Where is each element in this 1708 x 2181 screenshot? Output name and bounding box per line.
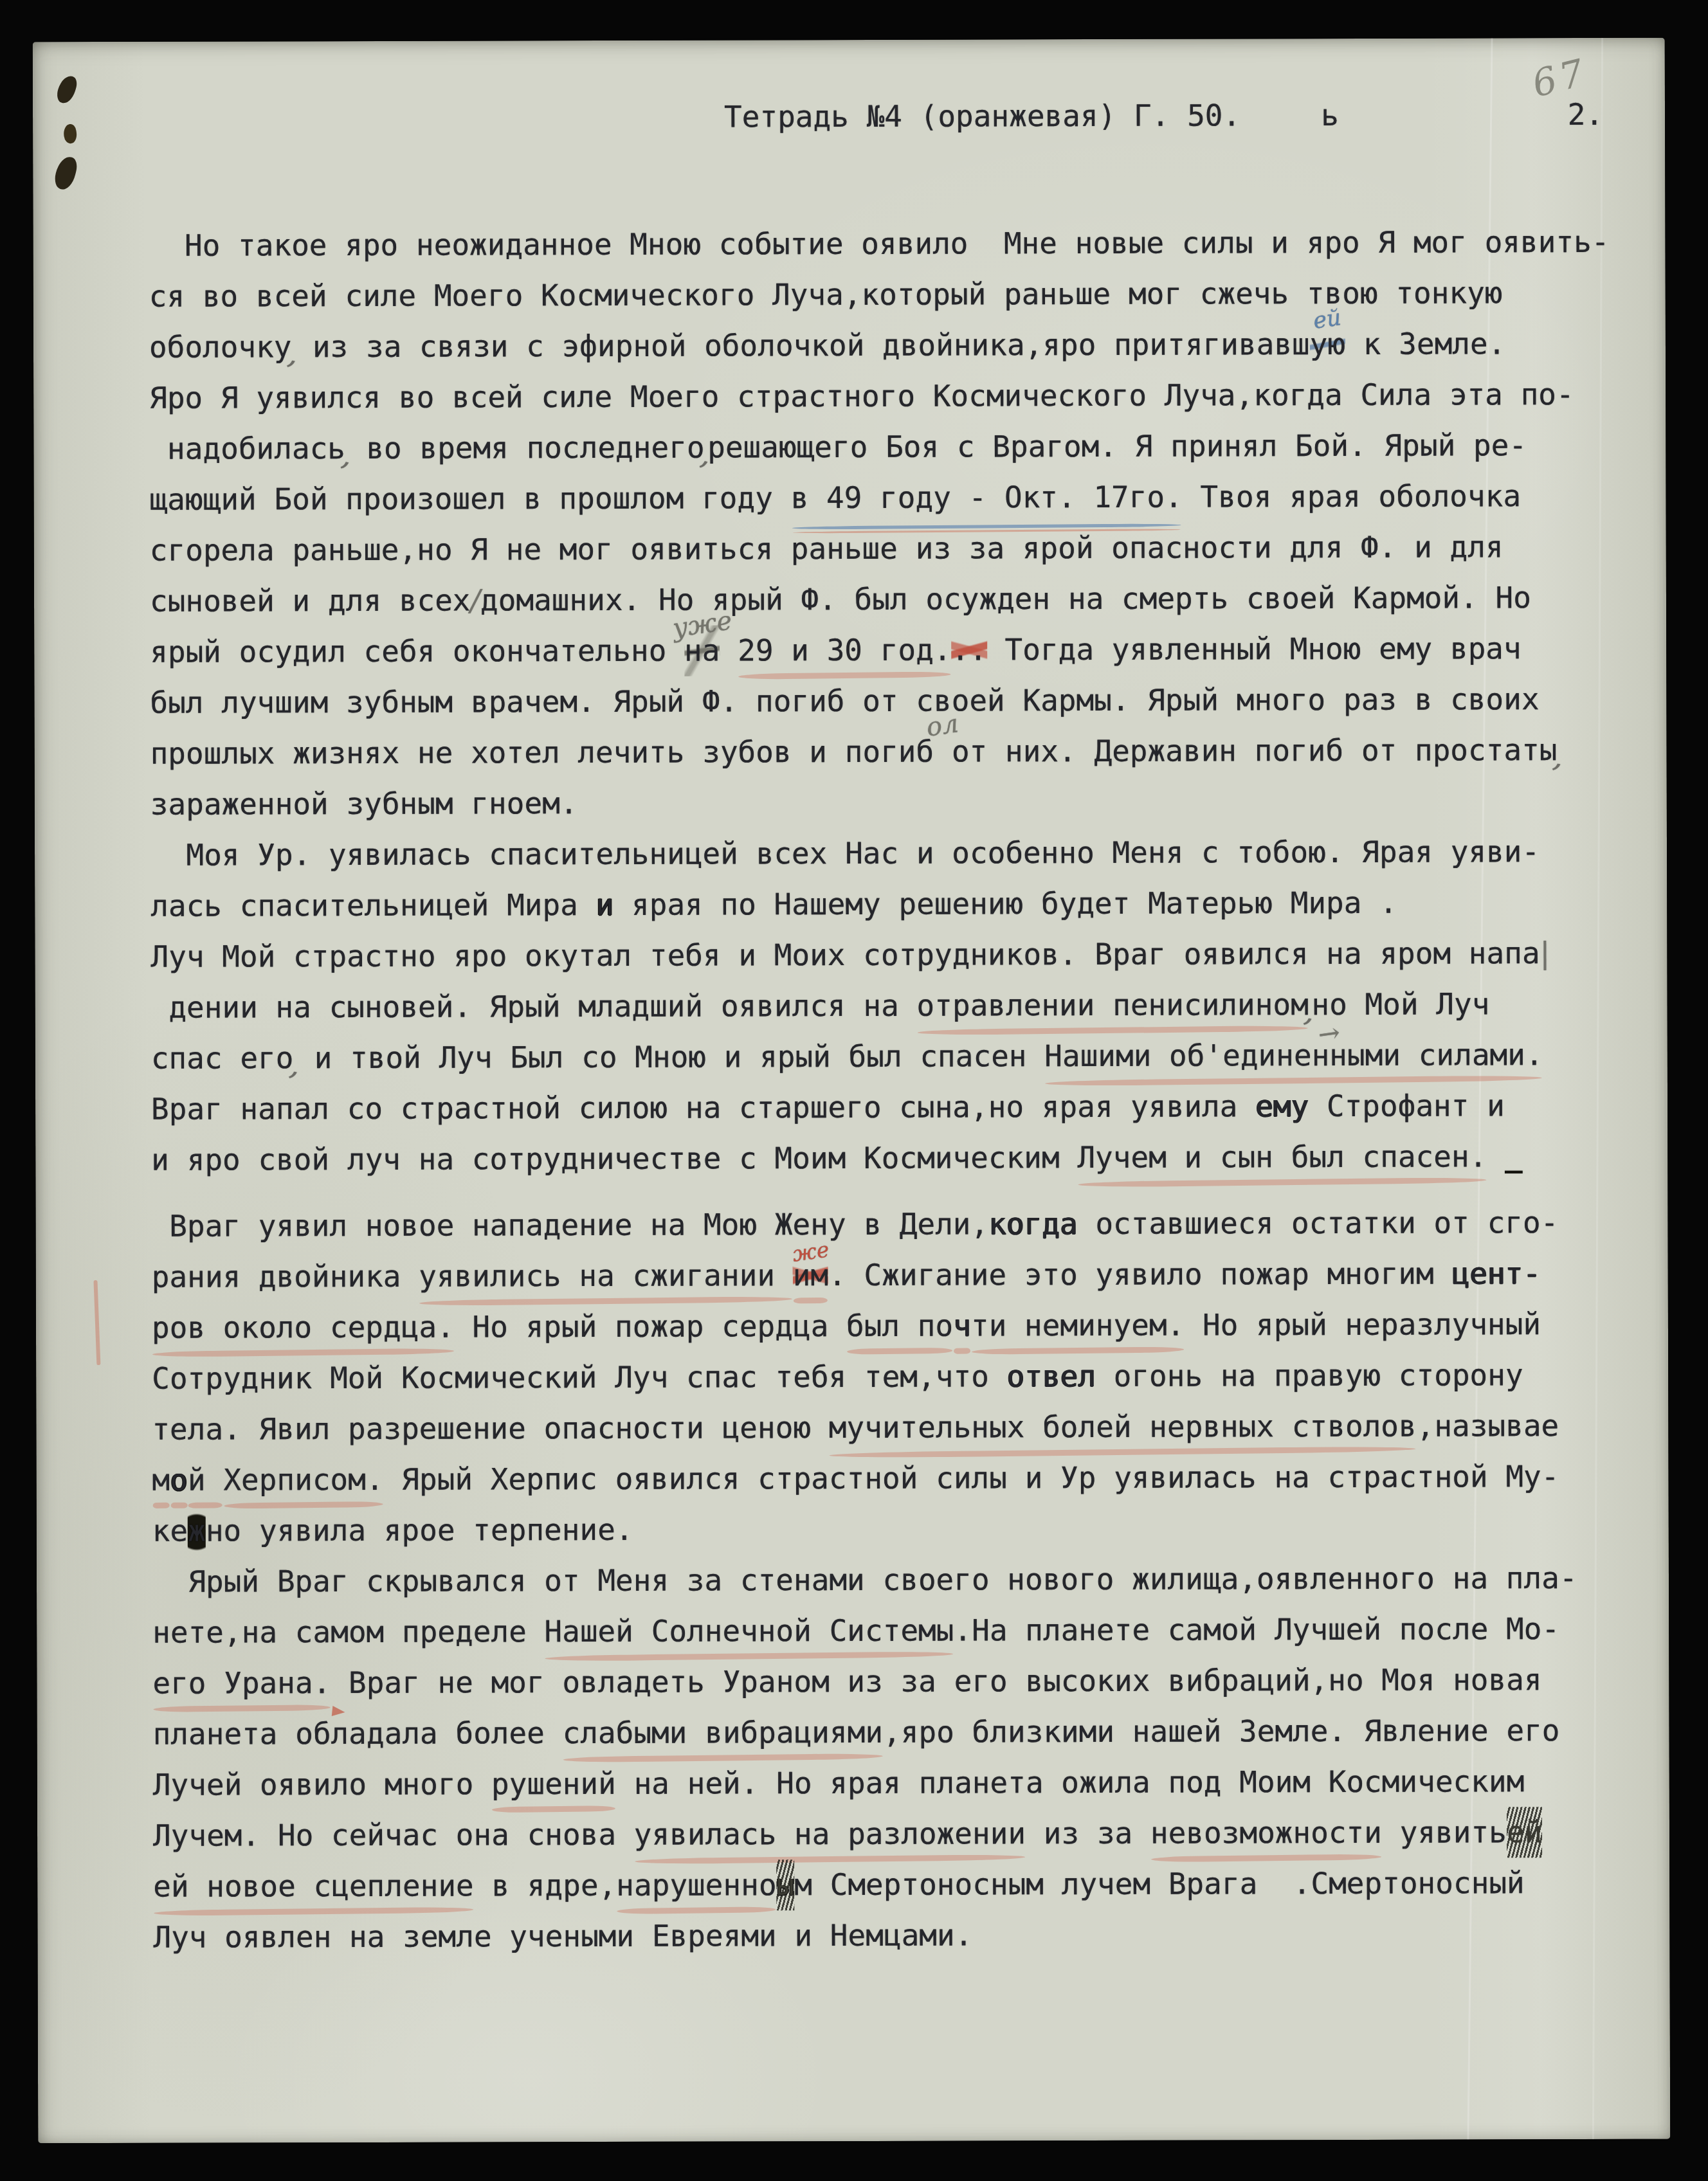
text-segment: отвел <box>1006 1351 1096 1402</box>
text-segment: ему <box>1255 1081 1309 1132</box>
typed-line: прошлых жизнях не хотел лечить зубов и п… <box>150 725 1668 779</box>
text-segment: из за <box>1026 1808 1150 1860</box>
text-segment: Враг не мог овладеть Ураном из за его вы… <box>331 1654 1541 1708</box>
text-segment: слабыми вибрациями <box>562 1707 883 1759</box>
text-segment: его Урана. <box>152 1658 331 1709</box>
text-segment: но→ <box>1311 979 1347 1030</box>
text-segment: прошлых жизнях не хотел лечить зубов и п… <box>150 727 934 779</box>
text-segment: Твоя ярая оболочка <box>1183 471 1521 522</box>
text-segment: ,называе <box>1417 1400 1559 1452</box>
text-segment: сгорела раньше,но Я не мог оявиться рань… <box>150 521 1504 576</box>
text-segment: Лучем и сын был спасен. <box>1077 1131 1487 1183</box>
text-segment: Луч оявлен на земле учеными Евреями и Не… <box>153 1910 972 1963</box>
text-segment: / <box>470 575 480 626</box>
typed-line: мой Херписом. Ярый Херпис оявился страст… <box>152 1451 1669 1506</box>
text-segment: _ <box>1487 1131 1523 1182</box>
text-segment: Враг уявил новое нападение на Мою Жену в… <box>151 1199 988 1251</box>
text-segment: ж <box>188 1506 206 1557</box>
text-segment: Смертоносным лучем Врага .Смертоносный <box>812 1858 1525 1910</box>
text-segment: 29 и 30 год. <box>738 625 952 676</box>
text-segment: рушений <box>491 1759 616 1810</box>
text-segment: о <box>170 1455 188 1506</box>
text-segment: и яро свой луч на сотрудничестве с Моим … <box>151 1132 1077 1186</box>
typed-line: ся во всей силе Моего Космического Луча,… <box>149 267 1667 322</box>
text-segment: дении на сыновей. Ярый младший оявился н… <box>151 981 917 1033</box>
text-segment <box>720 625 738 676</box>
text-segment: в ядре, <box>474 1860 617 1912</box>
typed-line: дении на сыновей. Ярый младший оявился н… <box>151 979 1669 1033</box>
typed-line: ей новое сцепление в ядре,нарушенноым См… <box>153 1858 1671 1912</box>
typed-line: Луч Мой страстно яро окутал тебя и Моих … <box>150 928 1668 982</box>
text-segment: надобилась <box>149 423 345 475</box>
text-segment: Ярый Враг скрывался от Меня за стенами с… <box>152 1553 1577 1607</box>
text-segment: ч <box>953 1301 971 1352</box>
typed-line: Враг уявил новое нападение на Мою Жену в… <box>151 1197 1669 1252</box>
text-segment: уюей <box>1310 319 1346 370</box>
typed-line: Лучей оявило много рушений на ней. Но яр… <box>153 1756 1671 1811</box>
text-segment: Херписом. <box>223 1454 383 1506</box>
text-segment: невозможности <box>1150 1807 1382 1859</box>
typed-line: спас его, и твой Луч Был со Мною и ярый … <box>151 1029 1669 1084</box>
typed-line: Сотрудник Мой Космический Луч спас тебя … <box>152 1350 1669 1404</box>
ink-blot <box>55 73 79 105</box>
text-segment: тела. Явил разрешение опасности ценою <box>152 1402 829 1455</box>
typed-line: Лучем. Но сейчас она снова уявилась на р… <box>153 1807 1671 1861</box>
text-segment: из за связи с эфирной оболочкой двойника… <box>295 319 1310 372</box>
text-segment: ярый осудил себя окончательно <box>150 626 684 678</box>
ink-blot <box>52 154 79 192</box>
text-segment: к Земле. <box>1345 318 1505 370</box>
text-segment: имже <box>793 1250 829 1301</box>
scanned-typewritten-page: { "header": { "title": "Тетрадь №4 (оран… <box>0 0 1708 2181</box>
text-segment: цент- <box>1451 1248 1541 1299</box>
text-segment: планета обладала более <box>153 1708 563 1760</box>
text-segment: но уявила ярое терпение. <box>206 1505 633 1557</box>
text-segment: Нашими об'единенными силами. <box>1044 1029 1543 1081</box>
text-segment: сыновей и для всех <box>150 575 471 627</box>
text-segment: ол <box>934 727 952 777</box>
text-segment: нарушенно <box>616 1860 776 1911</box>
text-segment: Нашей Солнечной Системы <box>544 1606 954 1658</box>
text-segment: ярая по Нашему решению будет Матерью Мир… <box>613 878 1397 930</box>
text-segment: . Сжигание это уявило пожар многим <box>828 1249 1452 1301</box>
text-segment: решающего Боя с Врагом. Я принял Бой. Яр… <box>707 420 1527 473</box>
text-segment: м <box>794 1860 812 1910</box>
text-segment: уявилась на разложении <box>634 1808 1026 1860</box>
text-segment: зараженной зубным гноем. <box>150 778 578 830</box>
typed-line: зараженной зубным гноем. <box>150 775 1668 830</box>
typed-line: и яро свой луч на сотрудничестве с Моим … <box>151 1131 1669 1186</box>
text-segment: Ярый Херпис оявился страстной силы и Ур … <box>384 1451 1559 1505</box>
text-segment: уявились на сжигании <box>419 1250 793 1302</box>
text-segment: Враг напал со страстной силою на старшег… <box>151 1081 1255 1134</box>
text-segment: ся во всей силе Моего Космического Луча,… <box>149 267 1503 322</box>
text-segment: ы <box>776 1860 794 1910</box>
text-segment: щающий Бой произошел в прошлом году <box>149 473 790 525</box>
paragraph: Враг уявил новое нападение на Мою Жену в… <box>151 1197 1669 1557</box>
typed-line: рания двойника уявились на сжигании имже… <box>152 1248 1669 1303</box>
text-segment: Строфант и <box>1309 1080 1505 1132</box>
stray-typed-character: ь <box>1321 98 1339 132</box>
ink-blot <box>62 123 78 145</box>
text-segment: ,яро близкими нашей Земле. Явление его <box>883 1705 1560 1758</box>
text-segment: оболочку <box>149 321 292 373</box>
typed-page-number: 2. <box>1568 97 1604 132</box>
paragraph: Ярый Враг скрывался от Меня за стенами с… <box>152 1553 1671 1963</box>
text-segment: домашних. Но ярый Ф. был осужден на смер… <box>480 572 1531 626</box>
typed-line: был лучшим зубным врачем. Ярый Ф. погиб … <box>150 674 1667 729</box>
paragraph: Но такое яро неожиданное Мною событие оя… <box>149 217 1667 830</box>
typed-line: нете,на самом пределе Нашей Солнечной Си… <box>152 1604 1670 1658</box>
text-segment: м <box>152 1455 170 1506</box>
text-segment: отравлении пенисилином <box>916 979 1308 1031</box>
paper-sheet: 67 Тетрадь №4 (оранжевая) Г. 50. ь 2. Но… <box>33 38 1671 2144</box>
text-segment: ке <box>152 1506 188 1557</box>
typed-line: щающий Бой произошел в прошлом году в 49… <box>149 471 1667 525</box>
red-pencil-margin-mark <box>93 1280 100 1365</box>
text-segment: и твой Луч Был со Мною и ярый был спасен <box>296 1031 1044 1083</box>
text-segment: ти неминуем. <box>971 1300 1185 1352</box>
text-segment: ей <box>1507 1807 1543 1858</box>
text-segment: во время последнего <box>349 422 705 474</box>
text-segment: и <box>595 880 613 930</box>
text-segment: оставшиеся остатки от сго- <box>1078 1197 1559 1249</box>
text-segment: лась спасительницей Мира <box>150 880 596 932</box>
text-segment: от них. Державин погиб от простаты <box>952 725 1558 777</box>
text-segment: Но ярый неразлучный <box>1185 1299 1541 1350</box>
text-segment: огонь на правую сторону <box>1096 1350 1523 1402</box>
text-segment: нете,на самом пределе <box>152 1606 544 1658</box>
text-segment: Но такое яро неожиданное Мною событие оя… <box>149 217 1609 271</box>
header-row: Тетрадь №4 (оранжевая) Г. 50. ь 2. <box>149 97 1640 136</box>
typed-line: Луч оявлен на земле учеными Евреями и Не… <box>153 1908 1671 1963</box>
text-segment: был лучшим зубным врачем. Ярый Ф. погиб … <box>150 674 1539 729</box>
text-segment: уявить <box>1382 1807 1507 1858</box>
typed-line: Яро Я уявился во всей силе Моего страстн… <box>149 369 1667 424</box>
typed-line: его Урана. Враг не мог овладеть Ураном и… <box>152 1654 1670 1709</box>
text-segment: на ней. Но ярая планета ожила под Моим К… <box>616 1756 1525 1809</box>
typed-line: тела. Явил разрешение опасности ценою му… <box>152 1400 1669 1455</box>
text-segment: Но ярый пожар сердца <box>455 1301 846 1353</box>
text-segment: рания двойника <box>152 1251 419 1303</box>
typed-line: Но такое яро неожиданное Мною событие оя… <box>149 217 1666 271</box>
text-segment: ров около сердца. <box>152 1302 455 1353</box>
paragraph: Моя Ур. уявилась спасительницей всех Нас… <box>150 826 1669 1186</box>
typed-line: Моя Ур. уявилась спасительницей всех Нас… <box>150 826 1668 881</box>
text-segment: Мой Луч <box>1347 979 1490 1030</box>
text-segment: когда <box>988 1199 1078 1249</box>
text-segment: Моя Ур. уявилась спасительницей всех Нас… <box>150 826 1540 881</box>
text-segment: ей новое сцепление <box>153 1861 474 1912</box>
typed-line: ярый осудил себя окончательно науже 29 и… <box>150 623 1667 678</box>
typed-line: сгорела раньше,но Я не мог оявиться рань… <box>150 521 1667 576</box>
typed-line: оболочку, из за связи с эфирной оболочко… <box>149 318 1667 373</box>
typed-line: Враг напал со страстной силою на старшег… <box>151 1080 1669 1135</box>
typed-line: лась спасительницей Мира и ярая по Нашем… <box>150 877 1668 932</box>
text-segment: .На планете самой Лучшей после Мо- <box>954 1604 1559 1656</box>
text-segment: спас его <box>151 1033 294 1084</box>
typed-line: надобилась, во время последнего,решающег… <box>149 420 1667 475</box>
typed-text-body: Но такое яро неожиданное Мною событие оя… <box>149 217 1671 1963</box>
text-segment: Лучей оявило много <box>153 1759 491 1810</box>
typed-line: Ярый Враг скрывался от Меня за стенами с… <box>152 1553 1670 1607</box>
text-segment: | <box>1540 928 1550 979</box>
text-segment: в 49 году - Окт. 17го. <box>790 472 1182 524</box>
text-segment: Лучем. Но сейчас она снова <box>153 1809 634 1861</box>
typed-line: кежно уявила ярое терпение. <box>152 1502 1670 1557</box>
text-segment: .. <box>951 624 987 675</box>
typed-line: сыновей и для всех/домашних. Но ярый Ф. … <box>150 572 1667 627</box>
text-segment: мучительных болей нервных стволов <box>829 1401 1417 1453</box>
text-segment: был по <box>846 1301 953 1352</box>
text-segment: науже <box>684 626 720 676</box>
typed-line: ров около сердца. Но ярый пожар сердца б… <box>152 1299 1669 1353</box>
text-segment: Яро Я уявился во всей силе Моего страстн… <box>149 369 1574 424</box>
text-segment: Сотрудник Мой Космический Луч спас тебя … <box>152 1351 1007 1404</box>
text-segment: й <box>188 1455 224 1506</box>
text-segment: Луч Мой страстно яро окутал тебя и Моих … <box>150 928 1540 982</box>
notebook-title: Тетрадь №4 (оранжевая) Г. 50. <box>724 98 1240 134</box>
typed-line: планета обладала более слабыми вибрациям… <box>153 1705 1671 1760</box>
text-segment: Тогда уявленный Мною ему врач <box>987 623 1522 675</box>
